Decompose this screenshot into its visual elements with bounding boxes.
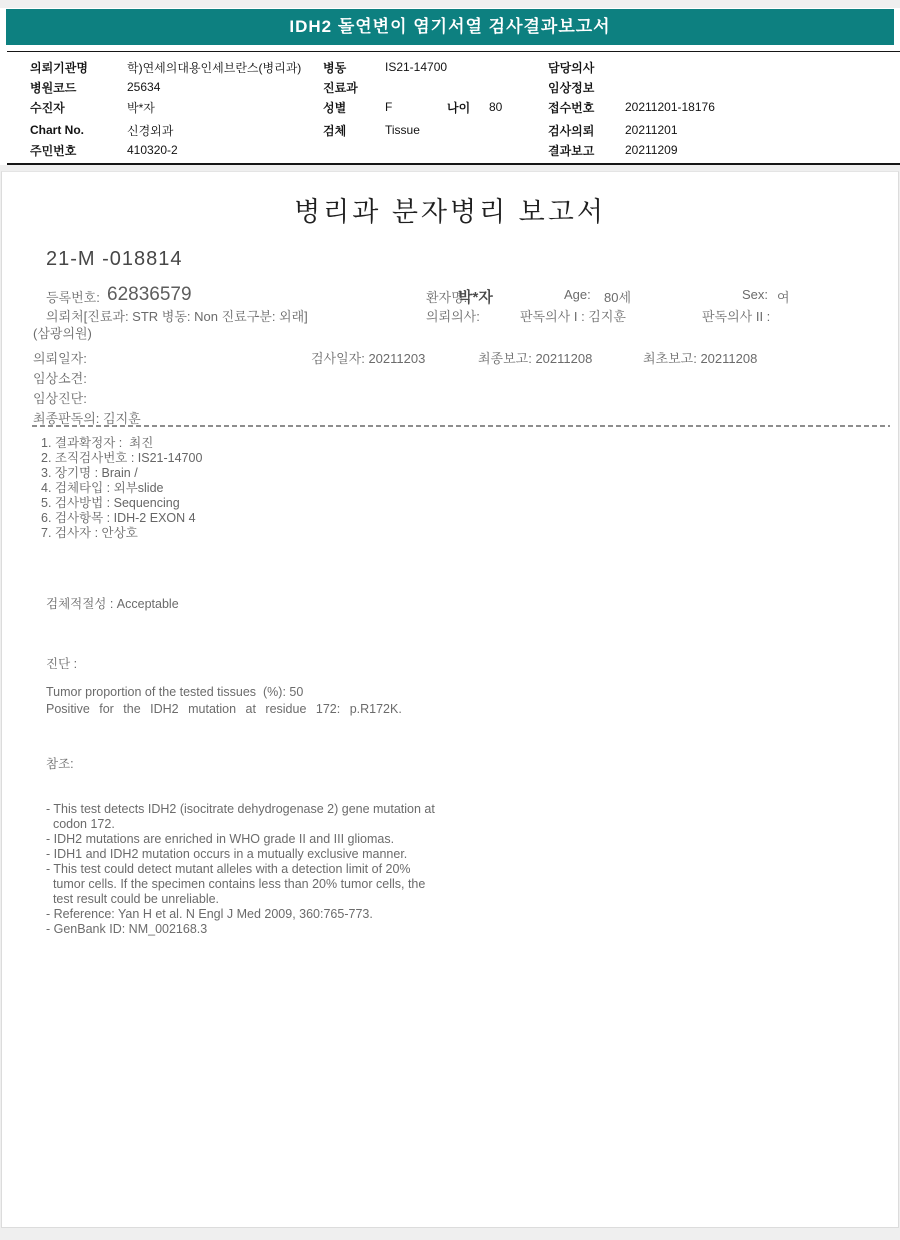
header-row: 병원코드 25634 (30, 77, 301, 97)
header-field-label: 진료과 (323, 79, 385, 96)
clinical-finding: 임상소견: (33, 368, 87, 387)
specimen-adequacy: 검체적절성 : Acceptable (46, 597, 179, 612)
header-field-value: F (385, 100, 447, 114)
report-banner-title: IDH2 돌연변이 염기서열 검사결과보고서 (289, 17, 610, 36)
header-field-value: 20211209 (625, 143, 678, 157)
header-field-label: 결과보고 (548, 142, 625, 159)
reference-line: codon 172. (46, 817, 435, 832)
reference-line: - Reference: Yan H et al. N Engl J Med 2… (46, 907, 435, 922)
age-label: Age: (564, 287, 591, 302)
result-item-line: 5. 검사방법 : Sequencing (41, 496, 202, 511)
referrer-row-2: (삼광의원) (2, 323, 898, 341)
header-column-specimen: 병동 IS21-14700 진료과 성별 F 나이 80 검체 Tissue (323, 57, 502, 140)
header-field-label: 임상정보 (548, 79, 625, 96)
header-field-label: 성별 (323, 99, 385, 116)
result-item-line: 1. 결과확정자 : 최진 (41, 436, 202, 451)
header-column-registration: 담당의사 임상정보 접수번호 20211201-18176 검사의뢰 20211… (548, 57, 715, 160)
header-field-value: 25634 (127, 80, 160, 94)
clinical-diagnosis-row: 임상진단: (2, 388, 898, 406)
header-bottom-rule (7, 163, 900, 165)
reference-line: - GenBank ID: NM_002168.3 (46, 922, 435, 937)
header-row: Chart No. 신경외과 (30, 120, 301, 140)
clinical-diagnosis: 임상진단: (33, 388, 87, 407)
header-row: 검사의뢰 20211201 (548, 120, 715, 140)
dates-row: 의뢰일자: 검사일자: 20211203 최종보고: 20211208 최초보고… (2, 348, 898, 366)
header-field-value: 학)연세의대용인세브란스(병리과) (127, 59, 301, 76)
header-subfield-label: 나이 (447, 99, 489, 116)
clinical-finding-row: 임상소견: (2, 368, 898, 386)
header-field-label: 수진자 (30, 99, 127, 116)
report-page: 병리과 분자병리 보고서 21-M -018814 등록번호: 62836579… (1, 171, 899, 1228)
exam-date: 검사일자: 20211203 (311, 348, 425, 367)
patient-name-value: 박*자 (458, 286, 493, 307)
final-reader-row: 최종판독의: 김지훈 (2, 408, 898, 426)
patient-meta-row-1: 등록번호: 62836579 환자명: 박*자 Age: 80세 Sex: 여 (2, 287, 898, 305)
header-field-value: 신경외과 (127, 122, 173, 139)
page-title: 병리과 분자병리 보고서 (2, 190, 898, 229)
header-field-value: 410320-2 (127, 143, 178, 157)
result-item-line: 7. 검사자 : 안상호 (41, 526, 202, 541)
report-number: 21-M -018814 (46, 248, 183, 271)
tumor-proportion: Tumor proportion of the tested tissues (… (46, 685, 303, 700)
header-row: 병동 IS21-14700 (323, 57, 502, 77)
referrer-line-2: (삼광의원) (33, 323, 92, 342)
reference-line: - IDH2 mutations are enriched in WHO gra… (46, 832, 435, 847)
report-viewer: IDH2 돌연변이 염기서열 검사결과보고서 의뢰기관명 학)연세의대용인세브란… (0, 0, 900, 1240)
first-report-date: 최초보고: 20211208 (643, 348, 757, 367)
header-row: 성별 F 나이 80 (323, 97, 502, 117)
header-field-value: 20211201-18176 (625, 100, 715, 114)
patient-meta-row-2: 의뢰처[진료과: STR 병동: Non 진료구분: 외래] 의뢰의사: 판독의… (2, 306, 898, 324)
report-title-bar: IDH2 돌연변이 염기서열 검사결과보고서 (6, 9, 894, 45)
header-field-label: 병동 (323, 59, 385, 76)
header-field-value: Tissue (385, 123, 447, 137)
reference-line: test result could be unreliable. (46, 892, 435, 907)
header-field-label: 검사의뢰 (548, 122, 625, 139)
header-subfield-value: 80 (489, 100, 502, 114)
header-field-label: Chart No. (30, 123, 127, 137)
header-field-label: 담당의사 (548, 59, 625, 76)
header-top-rule (7, 51, 900, 52)
reference-lines: - This test detects IDH2 (isocitrate deh… (46, 802, 435, 937)
request-date: 의뢰일자: (33, 348, 87, 367)
result-item-line: 3. 장기명 : Brain / (41, 466, 202, 481)
reference-line: - IDH1 and IDH2 mutation occurs in a mut… (46, 847, 435, 862)
header-field-label: 주민번호 (30, 142, 127, 159)
result-item-line: 4. 검체타입 : 외부slide (41, 481, 202, 496)
header-row: 결과보고 20211209 (548, 140, 715, 160)
header-row: 수진자 박*자 (30, 97, 301, 117)
reference-line: - This test detects IDH2 (isocitrate deh… (46, 802, 435, 817)
header-row: 검체 Tissue (323, 120, 502, 140)
reference-line: tumor cells. If the specimen contains le… (46, 877, 435, 892)
header-panel: IDH2 돌연변이 염기서열 검사결과보고서 의뢰기관명 학)연세의대용인세브란… (0, 8, 900, 165)
header-row: 접수번호 20211201-18176 (548, 97, 715, 117)
header-field-label: 검체 (323, 122, 385, 139)
diagnosis-text: Positive for the IDH2 mutation at residu… (46, 702, 402, 717)
result-item-line: 6. 검사항목 : IDH-2 EXON 4 (41, 511, 202, 526)
header-column-institution: 의뢰기관명 학)연세의대용인세브란스(병리과) 병원코드 25634 수진자 박… (30, 57, 301, 160)
header-field-label: 병원코드 (30, 79, 127, 96)
header-row: 임상정보 (548, 77, 715, 97)
header-field-label: 접수번호 (548, 99, 625, 116)
header-field-label: 의뢰기관명 (30, 59, 127, 76)
registration-number: 62836579 (107, 284, 192, 306)
age-value: 80세 (604, 287, 631, 306)
reference-line: - This test could detect mutant alleles … (46, 862, 435, 877)
header-field-value: 20211201 (625, 123, 678, 137)
header-field-value: 박*자 (127, 99, 155, 116)
sex-label: Sex: (742, 287, 768, 302)
result-item-list: 1. 결과확정자 : 최진2. 조직검사번호 : IS21-147003. 장기… (41, 436, 202, 541)
result-item-line: 2. 조직검사번호 : IS21-14700 (41, 451, 202, 466)
final-report-date: 최종보고: 20211208 (478, 348, 592, 367)
header-row: 주민번호 410320-2 (30, 140, 301, 160)
header-field-value: IS21-14700 (385, 60, 447, 74)
header-row: 의뢰기관명 학)연세의대용인세브란스(병리과) (30, 57, 301, 77)
sex-value: 여 (777, 287, 790, 306)
registration-label: 등록번호: (46, 287, 100, 306)
reference-label: 참조: (46, 757, 435, 772)
header-row: 담당의사 (548, 57, 715, 77)
dashed-divider (32, 425, 890, 427)
diagnosis-label: 진단 : (46, 657, 402, 672)
header-row: 진료과 (323, 77, 502, 97)
reference-block: 참조: - This test detects IDH2 (isocitrate… (46, 727, 435, 967)
